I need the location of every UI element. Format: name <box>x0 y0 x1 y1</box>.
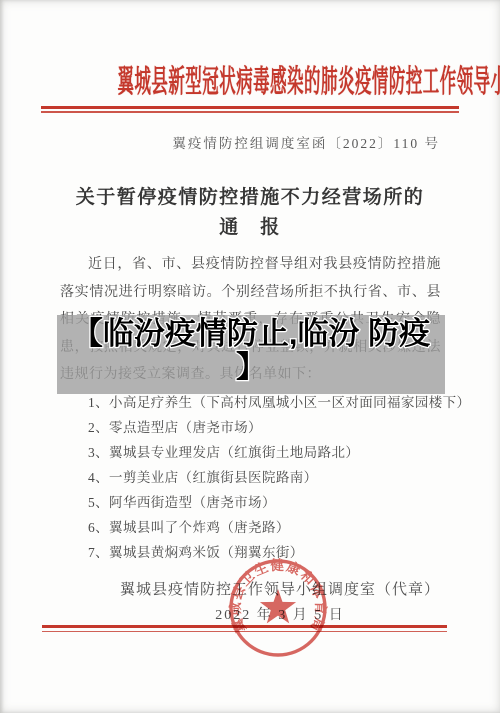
letterhead-org-name: 翼城县新型冠状病毒感染的肺炎疫情防控工作领导小组调度室 <box>118 56 383 101</box>
document-number: 翼疫情防控组调度室函〔2022〕110 号 <box>0 132 440 152</box>
watermark-text-line2: 】 <box>57 351 445 384</box>
scanned-notice-document: 翼城县新型冠状病毒感染的肺炎疫情防控工作领导小组调度室 翼疫情防控组调度室函〔2… <box>0 0 500 713</box>
watermark-overlay: 【临汾疫情防止,临汾 防疫 】 <box>57 316 445 384</box>
list-item: 2、零点造型店（唐尧市场） <box>88 415 468 440</box>
page-title-line2: 通 报 <box>0 213 500 243</box>
list-item: 5、阿华西街造型（唐尧市场） <box>88 490 468 515</box>
seal-star-icon <box>260 589 296 623</box>
violation-business-list: 1、小高足疗养生（下高村凤凰城小区一区对面同福家园楼下）2、零点造型店（唐尧市场… <box>88 390 468 565</box>
page-title: 关于暂停疫情防控措施不力经营场所的 通 报 <box>0 183 500 243</box>
list-item: 4、一剪美业店（红旗街县医院路南） <box>88 465 468 490</box>
page-title-line1: 关于暂停疫情防控措施不力经营场所的 <box>0 183 500 213</box>
list-item: 6、翼城县叫了个炸鸡（唐尧路） <box>88 515 468 540</box>
letterhead-divider <box>41 106 459 113</box>
list-item: 3、翼城县专业理发店（红旗街土地局路北） <box>88 440 468 465</box>
official-seal-stamp: 翼城县卫生健康和体育局 <box>226 556 330 660</box>
watermark-text-line1: 【临汾疫情防止,临汾 防疫 <box>57 316 445 351</box>
